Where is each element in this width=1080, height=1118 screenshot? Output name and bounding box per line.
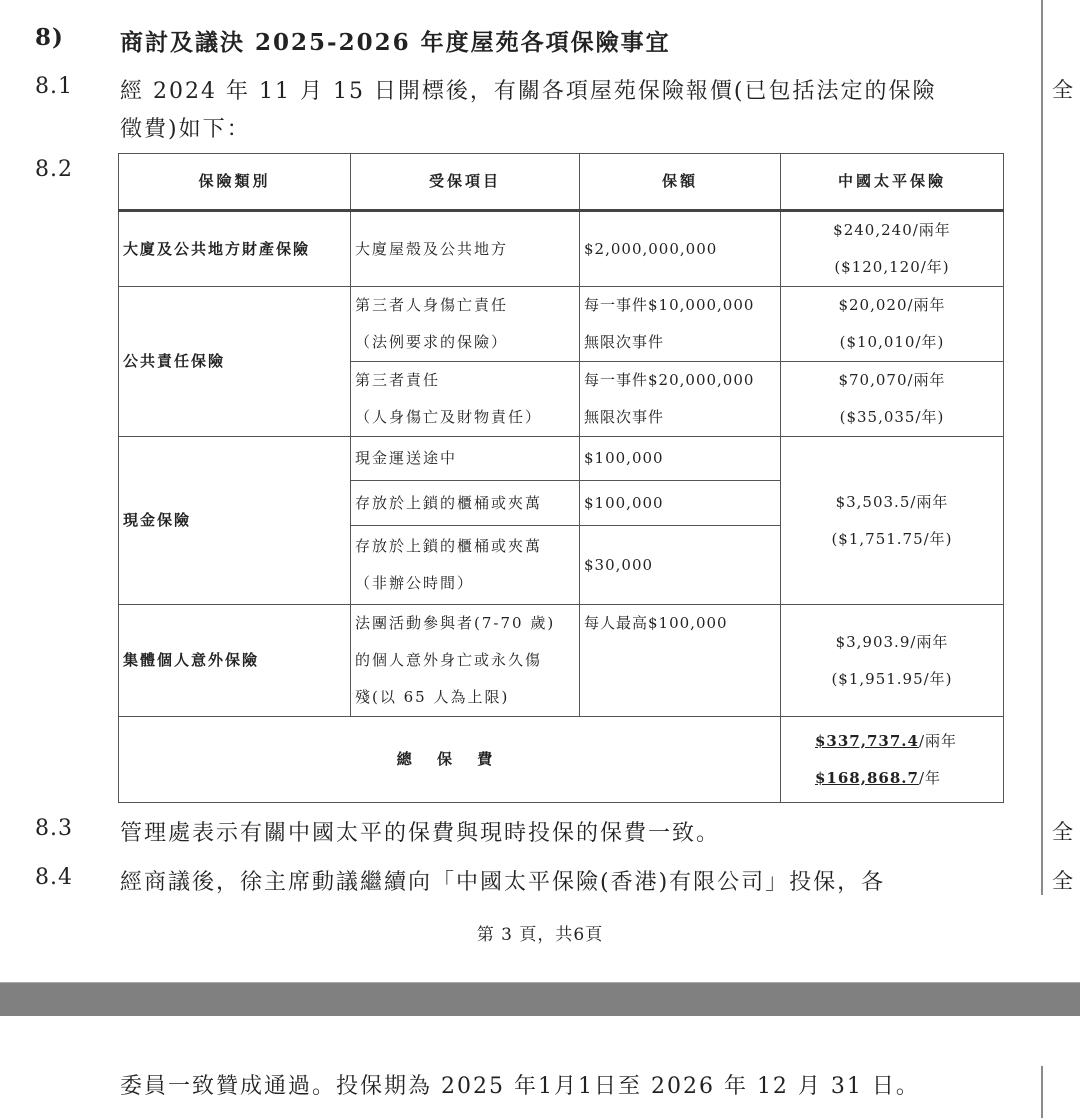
header-category: 保險類別 [119,154,351,211]
premium-cell: $20,020/兩年 ($10,010/年) [781,287,1004,362]
header-subject: 受保項目 [351,154,580,211]
table-row: 現金保險 現金運送途中 $100,000 $3,503.5/兩年 ($1,751… [119,437,1004,481]
margin-rule [1041,0,1043,895]
document-page-3: 8) 商討及議決 2025-2026 年度屋苑各項保險事宜 8.1 經 2024… [0,0,1080,980]
subject-cell: 第三者人身傷亡責任 （法例要求的保險） [351,287,580,362]
table-header-row: 保險類別 受保項目 保額 中國太平保險 [119,154,1004,211]
coverage-line: 每一事件$20,000,000 [584,362,776,399]
subject-cell: 存放於上鎖的櫃桶或夾萬 （非辦公時間） [351,526,580,605]
subject-line: 殘(以 65 人為上限) [355,679,575,716]
coverage-line: 無限次事件 [584,399,776,436]
total-row: 總 保 費 $337,737.4/兩年 $168,868.7/年 [119,717,1004,803]
coverage-cell: $100,000 [580,437,781,481]
section-number: 8) [35,24,64,51]
item-8-1-number: 8.1 [35,74,73,99]
category-cell: 集體個人意外保險 [119,605,351,717]
total-two-year: $337,737.4/兩年 [815,723,999,760]
subject-line: 第三者責任 [355,362,575,399]
subject-line: （人身傷亡及財物責任） [355,399,575,436]
section-title: 商討及議決 2025-2026 年度屋苑各項保險事宜 [120,24,671,57]
premium-two-year: $20,020/兩年 [785,287,999,324]
subject-cell: 存放於上鎖的櫃桶或夾萬 [351,481,580,526]
subject-line: （法例要求的保險） [355,324,575,361]
item-8-1-line-2: 徵費)如下： [120,112,251,143]
total-two-year-amount: $337,737.4 [815,732,919,750]
subject-cell: 法團活動參與者(7-70 歲) 的個人意外身亡或永久傷 殘(以 65 人為上限) [351,605,580,717]
header-coverage: 保額 [580,154,781,211]
premium-cell: $3,903.9/兩年 ($1,951.95/年) [781,605,1004,717]
category-cell: 現金保險 [119,437,351,605]
coverage-cell: 每一事件$20,000,000 無限次事件 [580,362,781,437]
premium-annual: ($120,120/年) [785,249,999,286]
category-cell: 公共責任保險 [119,287,351,437]
total-premium-cell: $337,737.4/兩年 $168,868.7/年 [781,717,1004,803]
subject-cell: 第三者責任 （人身傷亡及財物責任） [351,362,580,437]
subject-cell: 現金運送途中 [351,437,580,481]
subject-line: 法團活動參與者(7-70 歲) [355,605,575,642]
table-row: 公共責任保險 第三者人身傷亡責任 （法例要求的保險） 每一事件$10,000,0… [119,287,1004,362]
total-two-year-unit: /兩年 [919,732,957,750]
coverage-cell: 每一事件$10,000,000 無限次事件 [580,287,781,362]
premium-two-year: $3,503.5/兩年 [785,484,999,521]
coverage-line: 每一事件$10,000,000 [584,287,776,324]
page-gap-separator [0,982,1080,1017]
item-8-3-line: 管理處表示有關中國太平的保費與現時投保的保費一致。 [120,816,720,847]
item-8-2-number: 8.2 [35,157,73,182]
table-row: 大廈及公共地方財產保險 大廈屋殼及公共地方 $2,000,000,000 $24… [119,211,1004,287]
subject-line: （非辦公時間） [355,565,575,602]
margin-note-8-4: 全 [1052,865,1073,895]
premium-annual: ($10,010/年) [785,324,999,361]
coverage-cell: $100,000 [580,481,781,526]
item-8-4-line: 經商議後，徐主席動議繼續向「中國太平保險(香港)有限公司」投保，各 [120,865,885,896]
premium-annual: ($35,035/年) [785,399,999,436]
resolution-line: 委員一致贊成通過。投保期為 2025 年1月1日至 2026 年 12 月 31… [120,1069,920,1100]
document-page-4: 委員一致贊成通過。投保期為 2025 年1月1日至 2026 年 12 月 31… [0,1016,1080,1118]
premium-cell: $240,240/兩年 ($120,120/年) [781,211,1004,287]
item-8-4-number: 8.4 [35,865,73,890]
coverage-cell: $2,000,000,000 [580,211,781,287]
premium-two-year: $240,240/兩年 [785,212,999,249]
table-row: 集體個人意外保險 法團活動參與者(7-70 歲) 的個人意外身亡或永久傷 殘(以… [119,605,1004,717]
category-cell: 大廈及公共地方財產保險 [119,211,351,287]
total-annual-unit: /年 [919,769,941,787]
margin-note-8-3: 全 [1052,816,1073,846]
subject-cell: 大廈屋殼及公共地方 [351,211,580,287]
margin-rule [1041,1066,1043,1118]
total-annual-amount: $168,868.7 [815,769,919,787]
subject-line: 的個人意外身亡或永久傷 [355,642,575,679]
subject-line: 存放於上鎖的櫃桶或夾萬 [355,528,575,565]
total-annual: $168,868.7/年 [815,760,999,797]
premium-annual: ($1,951.95/年) [785,661,999,698]
page-number-footer: 第 3 頁，共6頁 [0,920,1080,945]
header-insurer: 中國太平保險 [781,154,1004,211]
insurance-quote-table: 保險類別 受保項目 保額 中國太平保險 大廈及公共地方財產保險 大廈屋殼及公共地… [118,153,1004,803]
premium-two-year: $3,903.9/兩年 [785,624,999,661]
premium-annual: ($1,751.75/年) [785,521,999,558]
item-8-1-line-1: 經 2024 年 11 月 15 日開標後，有關各項屋苑保險報價(已包括法定的保… [120,74,937,105]
total-label: 總 保 費 [119,717,781,803]
subject-line: 第三者人身傷亡責任 [355,287,575,324]
item-8-3-number: 8.3 [35,816,73,841]
premium-two-year: $70,070/兩年 [785,362,999,399]
margin-note-8-1: 全 [1052,74,1073,104]
coverage-cell: $30,000 [580,526,781,605]
premium-cell: $3,503.5/兩年 ($1,751.75/年) [781,437,1004,605]
coverage-line: 無限次事件 [584,324,776,361]
premium-cell: $70,070/兩年 ($35,035/年) [781,362,1004,437]
coverage-cell: 每人最高$100,000 [580,605,781,717]
